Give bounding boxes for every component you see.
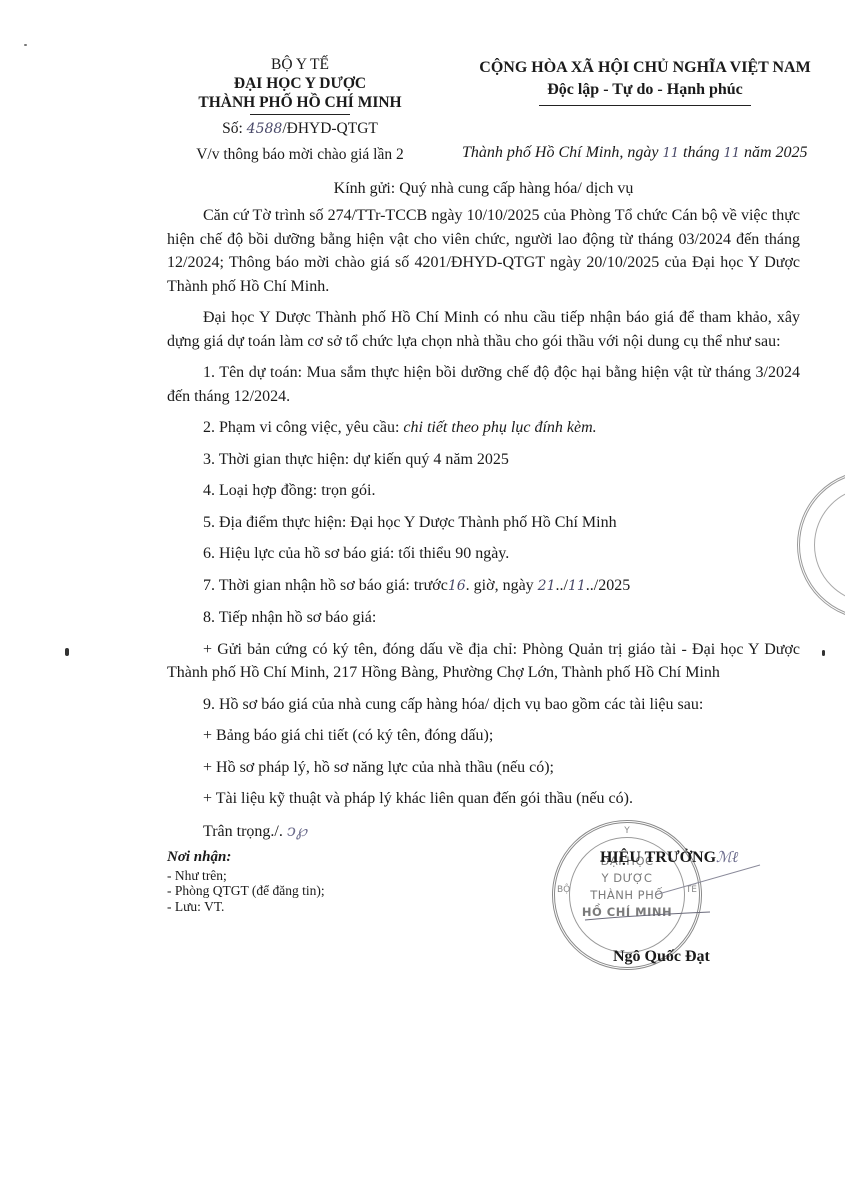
document-number: Số: 4588/ĐHYD-QTGT — [150, 119, 450, 139]
date-month-handwritten: 11 — [723, 146, 740, 161]
date-suffix: năm 2025 — [740, 144, 808, 161]
issuer-underline — [250, 114, 350, 115]
edge-seal-inner-ring — [814, 487, 845, 603]
item-1: 1. Tên dự toán: Mua sắm thực hiện bồi dư… — [167, 361, 800, 408]
nation-name: CỘNG HÒA XÃ HỘI CHỦ NGHĨA VIỆT NAM — [445, 57, 845, 79]
recipient-item: - Phòng QTGT (để đăng tin); — [167, 883, 325, 899]
ministry-name: BỘ Y TẾ — [150, 55, 450, 74]
item-2: 2. Phạm vi công việc, yêu cầu: chi tiết … — [167, 416, 800, 440]
item-2-label: 2. Phạm vi công việc, yêu cầu: — [203, 419, 403, 436]
deadline-day-handwritten: 21 — [538, 578, 556, 594]
intro-paragraph: Đại học Y Dược Thành phố Hồ Chí Minh có … — [167, 306, 800, 353]
date-prefix: Thành phố Hồ Chí Minh, ngày — [462, 144, 662, 161]
item-8: 8. Tiếp nhận hồ sơ báo giá: — [167, 606, 800, 630]
item-5: 5. Địa điểm thực hiện: Đại học Y Dược Th… — [167, 511, 800, 535]
signature-line — [580, 900, 720, 930]
deadline-hour-handwritten: 16 — [448, 578, 466, 594]
item-7: 7. Thời gian nhận hồ sơ báo giá: trước16… — [167, 574, 800, 599]
deadline-month-handwritten: 11 — [568, 578, 586, 594]
item-7-mid: . giờ, ngày — [466, 577, 538, 594]
org-name-line2: THÀNH PHỐ HỒ CHÍ MINH — [150, 93, 450, 112]
item-7-year: ../2025 — [586, 577, 630, 594]
national-motto: Độc lập - Tự do - Hạnh phúc — [445, 79, 845, 101]
item-8-submission: + Gửi bản cứng có ký tên, đóng dấu về đị… — [167, 638, 800, 685]
item-6: 6. Hiệu lực của hồ sơ báo giá: tối thiểu… — [167, 542, 800, 566]
item-9-doc-2: + Hồ sơ pháp lý, hồ sơ năng lực của nhà … — [167, 756, 800, 780]
item-2-detail: chi tiết theo phụ lục đính kèm. — [403, 419, 596, 436]
item-4: 4. Loại hợp đồng: trọn gói. — [167, 479, 800, 503]
document-date: Thành phố Hồ Chí Minh, ngày 11 tháng 11 … — [462, 144, 808, 162]
national-header: CỘNG HÒA XÃ HỘI CHỦ NGHĨA VIỆT NAM Độc l… — [445, 57, 845, 106]
recipient-item: - Lưu: VT. — [167, 899, 325, 915]
item-7-label: 7. Thời gian nhận hồ sơ báo giá: trước — [203, 577, 448, 594]
scan-speck — [822, 650, 825, 656]
document-number-handwritten: 4588 — [247, 121, 283, 137]
scan-speck — [24, 44, 27, 46]
document-number-suffix: /ĐHYD-QTGT — [282, 120, 378, 137]
motto-underline — [539, 105, 751, 106]
date-day-handwritten: 11 — [662, 146, 679, 161]
closing-text: Trân trọng./. — [203, 823, 283, 840]
recipients-block: Nơi nhận: - Như trên; - Phòng QTGT (để đ… — [167, 850, 325, 914]
item-9-doc-1: + Bảng báo giá chi tiết (có ký tên, đóng… — [167, 724, 800, 748]
edge-seal — [797, 470, 845, 620]
closing: Trân trọng./. ↄ℘ — [167, 819, 800, 844]
basis-paragraph: Căn cứ Tờ trình số 274/TTr-TCCB ngày 10/… — [167, 204, 800, 298]
issuer-block: BỘ Y TẾ ĐẠI HỌC Y DƯỢC THÀNH PHỐ HỒ CHÍ … — [150, 55, 450, 164]
seal-top-mark: Y — [555, 826, 699, 836]
item-9: 9. Hồ sơ báo giá của nhà cung cấp hàng h… — [167, 693, 800, 717]
scan-speck — [65, 648, 69, 656]
addressee: Kính gửi: Quý nhà cung cấp hàng hóa/ dịc… — [167, 180, 800, 198]
org-name-line1: ĐẠI HỌC Y DƯỢC — [150, 74, 450, 93]
item-3: 3. Thời gian thực hiện: dự kiến quý 4 nă… — [167, 448, 800, 472]
document-number-prefix: Số: — [222, 120, 247, 137]
item-7-sep: ../ — [556, 577, 568, 594]
signatory-name: Ngô Quốc Đạt — [613, 948, 710, 966]
initials-mark: ↄ℘ — [287, 821, 307, 840]
signature-stroke — [650, 860, 770, 900]
document-body: Căn cứ Tờ trình số 274/TTr-TCCB ngày 10/… — [167, 204, 800, 843]
date-mid: tháng — [679, 144, 723, 161]
recipients-title: Nơi nhận: — [167, 850, 325, 866]
document-subject: V/v thông báo mời chào giá lần 2 — [150, 145, 450, 164]
item-9-doc-3: + Tài liệu kỹ thuật và pháp lý khác liên… — [167, 787, 800, 811]
recipient-item: - Như trên; — [167, 868, 325, 884]
